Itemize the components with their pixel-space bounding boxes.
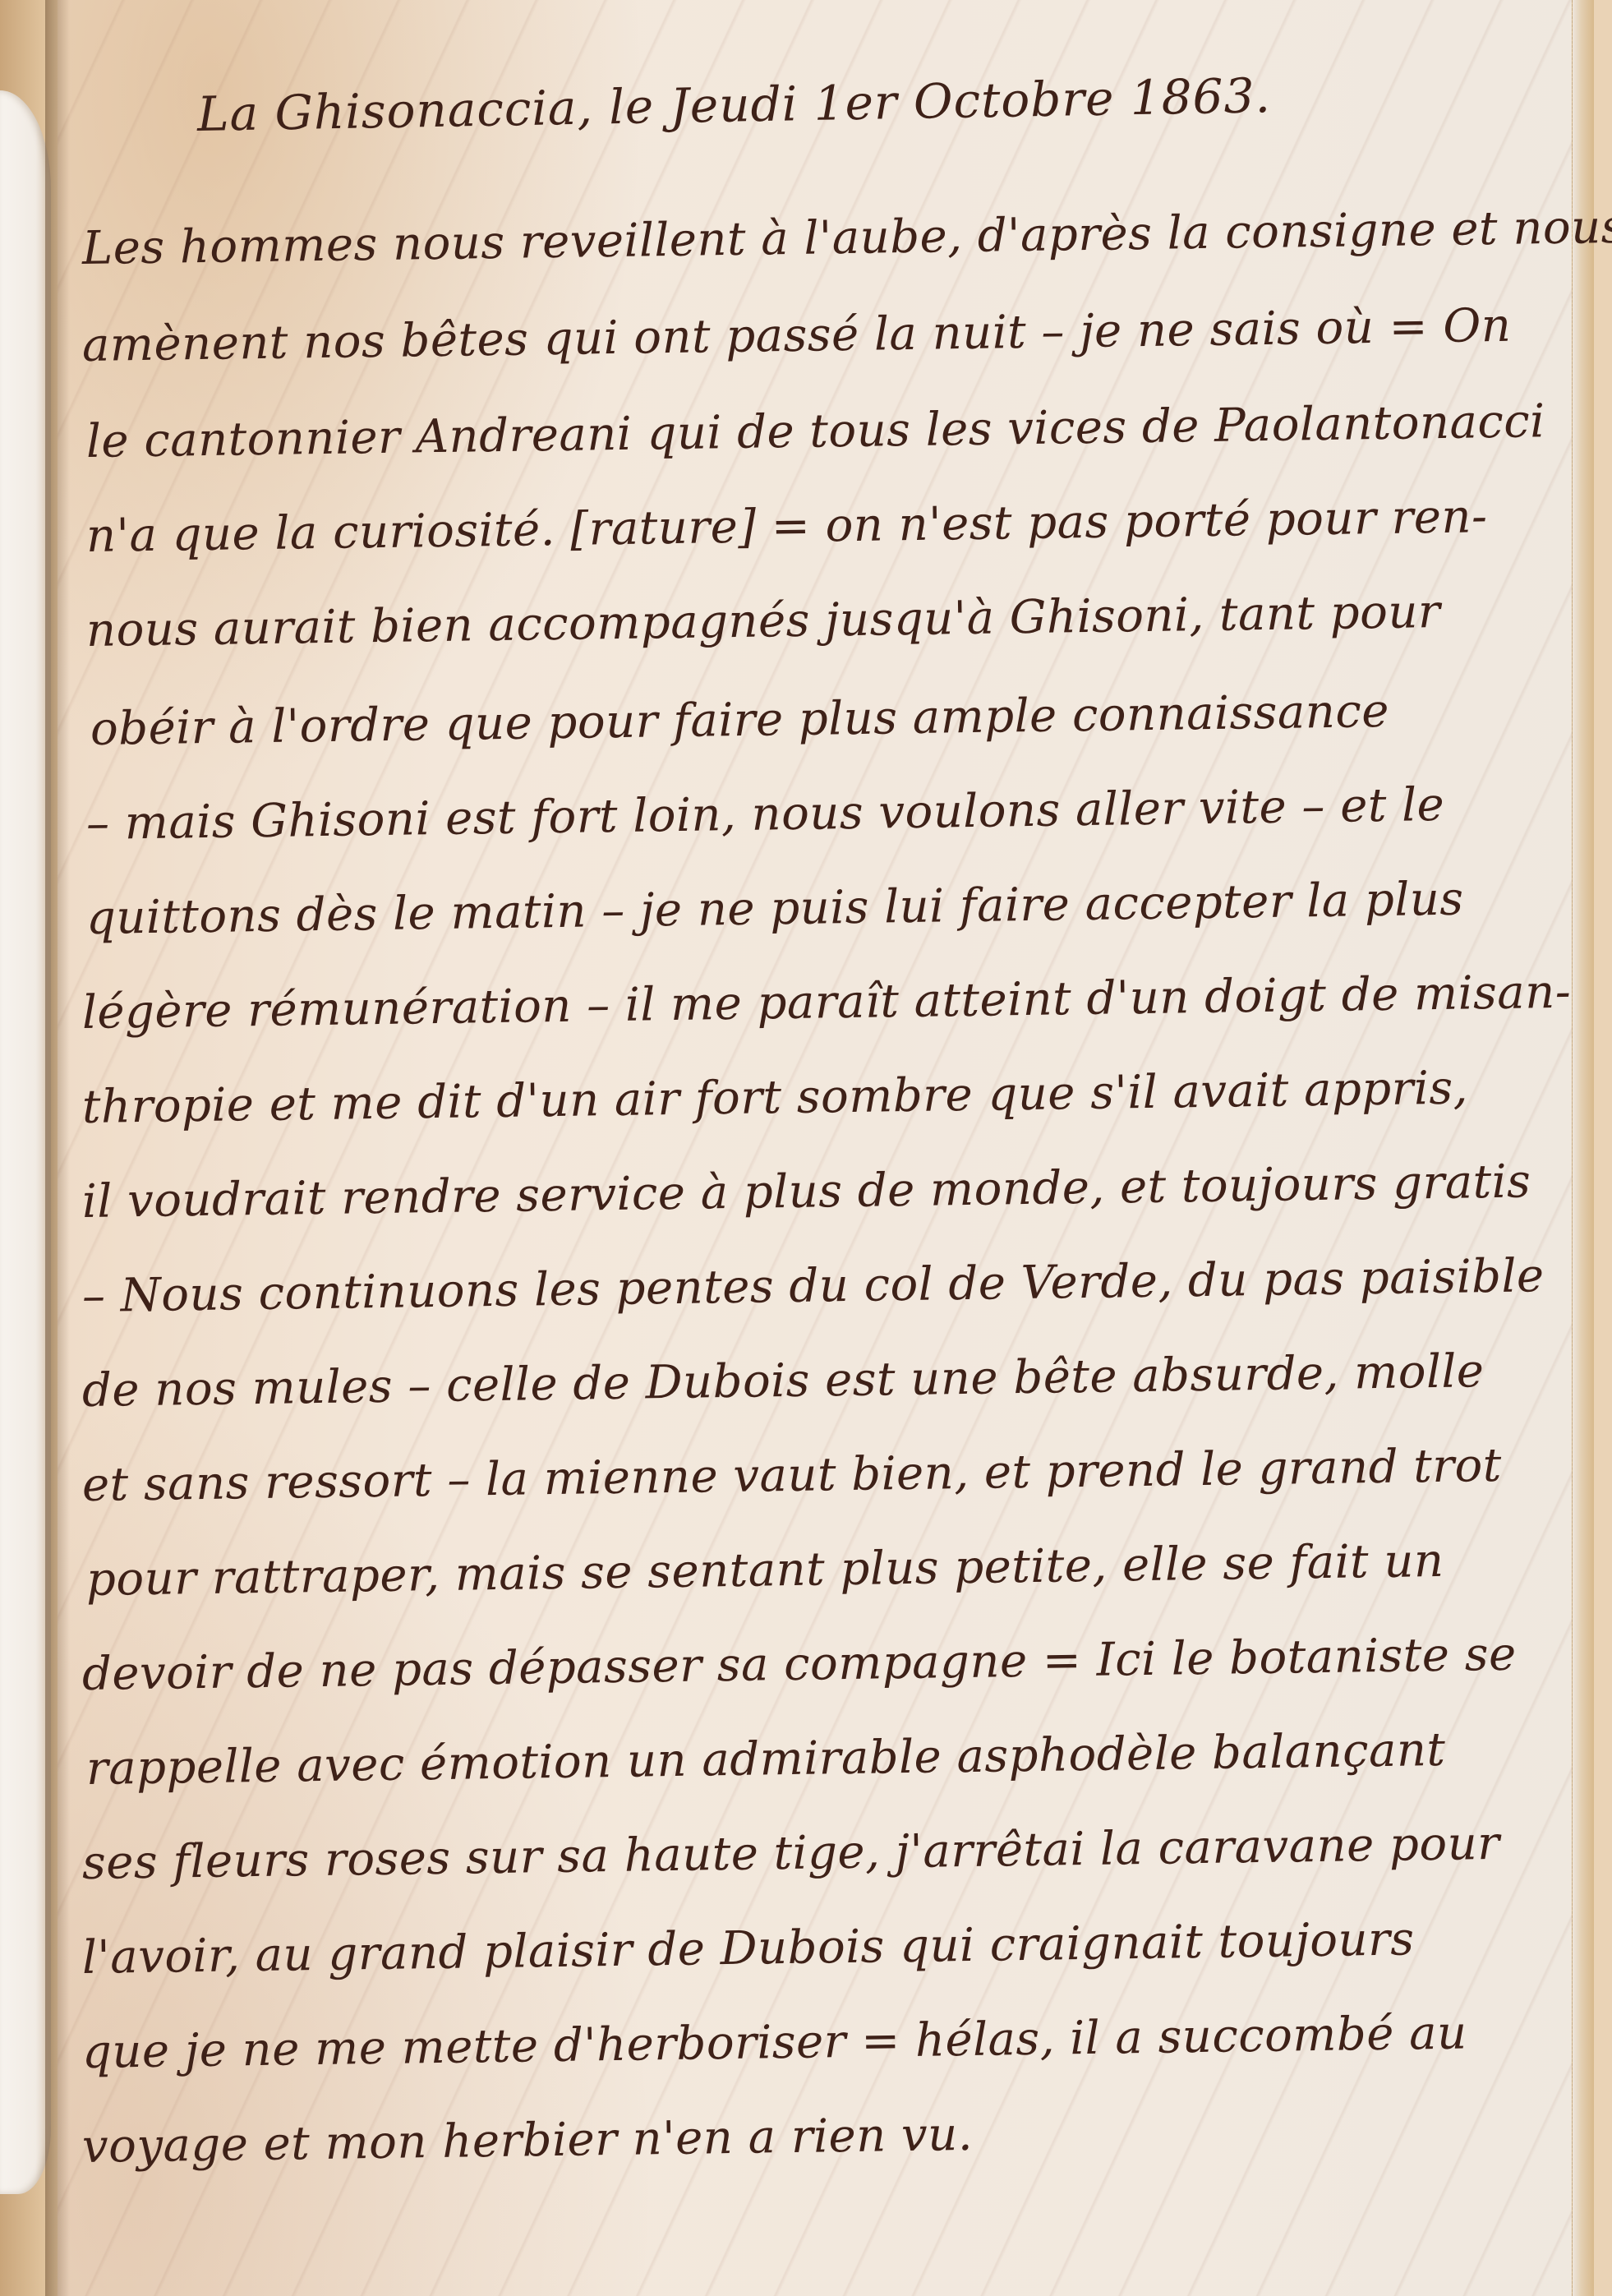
text-line: obéir à l'ordre que pour faire plus ampl… xyxy=(90,685,1390,756)
text-line: – Nous continuons les pentes du col de V… xyxy=(82,1249,1545,1323)
text-line: n'a que la curiosité. [rature] = on n'es… xyxy=(86,490,1488,563)
left-page-edge xyxy=(0,90,51,2194)
text-line: devoir de ne pas dépasser sa compagne = … xyxy=(82,1628,1518,1701)
date-heading: La Ghisonaccia, le Jeudi 1er Octobre 186… xyxy=(196,67,1271,142)
text-line: quittons dès le matin – je ne puis lui f… xyxy=(86,873,1464,945)
text-line: amènent nos bêtes qui ont passé la nuit … xyxy=(82,299,1512,372)
text-line: l'avoir, au grand plaisir de Dubois qui … xyxy=(82,1912,1415,1985)
text-line: ses fleurs roses sur sa haute tige, j'ar… xyxy=(82,1817,1500,1890)
handwritten-text-block: La Ghisonaccia, le Jeudi 1er Octobre 186… xyxy=(66,0,1561,2296)
text-line: il voudrait rendre service à plus de mon… xyxy=(82,1155,1531,1229)
text-line: thropie et me dit d'un air fort sombre q… xyxy=(82,1061,1469,1134)
text-line: – mais Ghisoni est fort loin, nous voulo… xyxy=(86,778,1445,851)
page-right-edge xyxy=(1572,0,1594,2296)
book-gutter-shadow xyxy=(45,0,70,2296)
text-line: rappelle avec émotion un admirable aspho… xyxy=(86,1723,1446,1796)
text-line: nous aurait bien accompagnés jusqu'à Ghi… xyxy=(86,585,1441,657)
text-line: pour rattraper, mais se sentant plus pet… xyxy=(86,1534,1444,1607)
text-line: voyage et mon herbier n'en a rien vu. xyxy=(82,2108,974,2174)
text-line: de nos mules – celle de Dubois est une b… xyxy=(82,1344,1485,1418)
text-line: et sans ressort – la mienne vaut bien, e… xyxy=(82,1439,1503,1512)
manuscript-page: La Ghisonaccia, le Jeudi 1er Octobre 186… xyxy=(58,0,1594,2296)
text-line: légère rémunération – il me paraît attei… xyxy=(82,966,1572,1040)
text-line: le cantonnier Andreani qui de tous les v… xyxy=(86,394,1545,468)
text-line: que je ne me mette d'herboriser = hélas,… xyxy=(82,2006,1468,2079)
text-line: Les hommes nous reveillent à l'aube, d'a… xyxy=(82,201,1612,275)
